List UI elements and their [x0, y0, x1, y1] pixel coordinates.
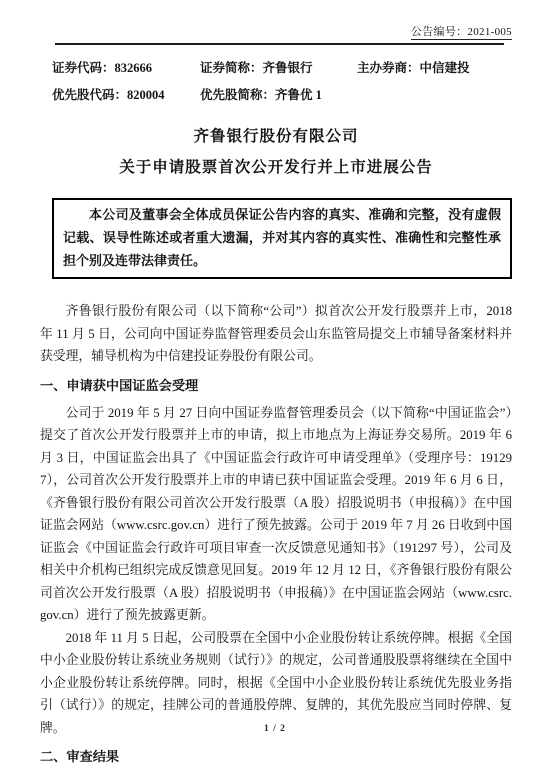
- sponsor-broker: 主办券商：中信建投: [357, 55, 512, 82]
- page-number: 1 / 2: [0, 724, 550, 734]
- announcement-number: 公告编号：2021-005: [40, 26, 512, 39]
- document-title-line1: 齐鲁银行股份有限公司: [40, 121, 512, 152]
- section-1-paragraph-1: 公司于 2019 年 5 月 27 日向中国证券监督管理委员会（以下简称“中国证…: [40, 402, 512, 627]
- securities-code: 证券代码：832666: [52, 55, 200, 82]
- preferred-stock-abbr: 优先股简称：齐鲁优 1: [200, 82, 357, 109]
- section-1-heading: 一、申请获中国证监会受理: [40, 375, 512, 397]
- securities-header-row-1: 证券代码：832666 证券简称：齐鲁银行 主办券商：中信建投: [52, 55, 512, 82]
- intro-paragraph: 齐鲁银行股份有限公司（以下简称“公司”）拟首次公开发行股票并上市，2018 年 …: [40, 300, 512, 368]
- securities-abbr: 证券简称：齐鲁银行: [200, 55, 357, 82]
- header-spacer: [357, 82, 512, 109]
- announcement-page: 公告编号：2021-005 证券代码：832666 证券简称：齐鲁银行 主办券商…: [0, 0, 550, 778]
- preferred-stock-code: 优先股代码：820004: [52, 82, 200, 109]
- board-statement-box: 本公司及董事会全体成员保证公告内容的真实、准确和完整，没有虚假记载、误导性陈述或…: [52, 198, 512, 279]
- section-1-paragraph-2: 2018 年 11 月 5 日起，公司股票在全国中小企业股份转让系统停牌。根据《…: [40, 627, 512, 740]
- securities-header-row-2: 优先股代码：820004 优先股简称：齐鲁优 1: [52, 82, 512, 109]
- header-rule: [55, 43, 504, 45]
- document-title: 齐鲁银行股份有限公司 关于申请股票首次公开发行并上市进展公告: [40, 121, 512, 183]
- section-2-heading: 二、审查结果: [40, 746, 512, 768]
- document-title-line2: 关于申请股票首次公开发行并上市进展公告: [40, 152, 512, 183]
- securities-header: 证券代码：832666 证券简称：齐鲁银行 主办券商：中信建投 优先股代码：82…: [52, 55, 512, 109]
- announcement-number-text: 公告编号：2021-005: [411, 26, 512, 40]
